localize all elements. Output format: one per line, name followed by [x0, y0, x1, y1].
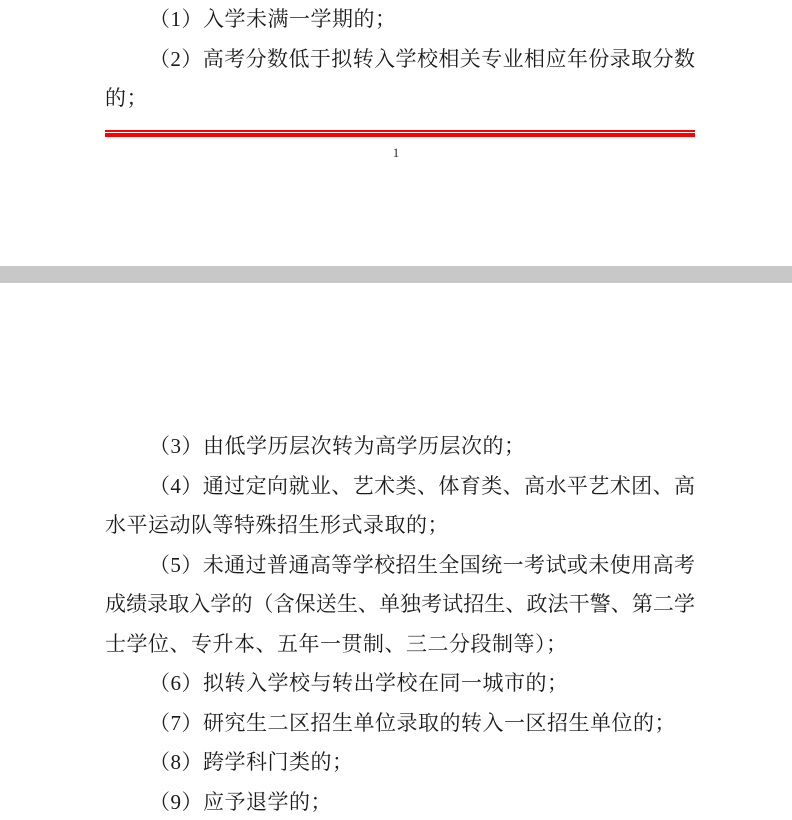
text-line: 的； — [105, 79, 695, 119]
page-gap-band — [0, 266, 792, 283]
text-line: （1）入学未满一学期的； — [105, 0, 695, 40]
text-line: （8）跨学科门类的； — [105, 743, 695, 783]
text-line: （7）研究生二区招生单位录取的转入一区招生单位的； — [105, 704, 695, 744]
document-viewport: （1）入学未满一学期的； （2）高考分数低于拟转入学校相关专业相应年份录取分数 … — [0, 0, 792, 820]
page-2: （3）由低学历层次转为高学历层次的； （4）通过定向就业、艺术类、体育类、高水平… — [0, 283, 792, 820]
text-line: 水平运动队等特殊招生形式录取的； — [105, 506, 695, 546]
page-number: 1 — [0, 145, 792, 160]
text-line: （2）高考分数低于拟转入学校相关专业相应年份录取分数 — [105, 40, 695, 80]
text-line: 成绩录取入学的（含保送生、单独考试招生、政法干警、第二学 — [105, 585, 695, 625]
text-line: （6）拟转入学校与转出学校在同一城市的； — [105, 664, 695, 704]
text-line: （3）由低学历层次转为高学历层次的； — [105, 427, 695, 467]
text-line: 士学位、专升本、五年一贯制、三二分段制等）； — [105, 625, 695, 665]
text-line: （4）通过定向就业、艺术类、体育类、高水平艺术团、高 — [105, 467, 695, 507]
text-line: （9）应予退学的； — [105, 783, 695, 820]
page-1-text-block: （1）入学未满一学期的； （2）高考分数低于拟转入学校相关专业相应年份录取分数 … — [105, 0, 695, 119]
page-2-text-block: （3）由低学历层次转为高学历层次的； （4）通过定向就业、艺术类、体育类、高水平… — [105, 427, 695, 820]
page-1: （1）入学未满一学期的； （2）高考分数低于拟转入学校相关专业相应年份录取分数 … — [0, 0, 792, 266]
text-line: （5）未通过普通高等学校招生全国统一考试或未使用高考 — [105, 546, 695, 586]
red-double-rule-separator — [105, 130, 695, 137]
